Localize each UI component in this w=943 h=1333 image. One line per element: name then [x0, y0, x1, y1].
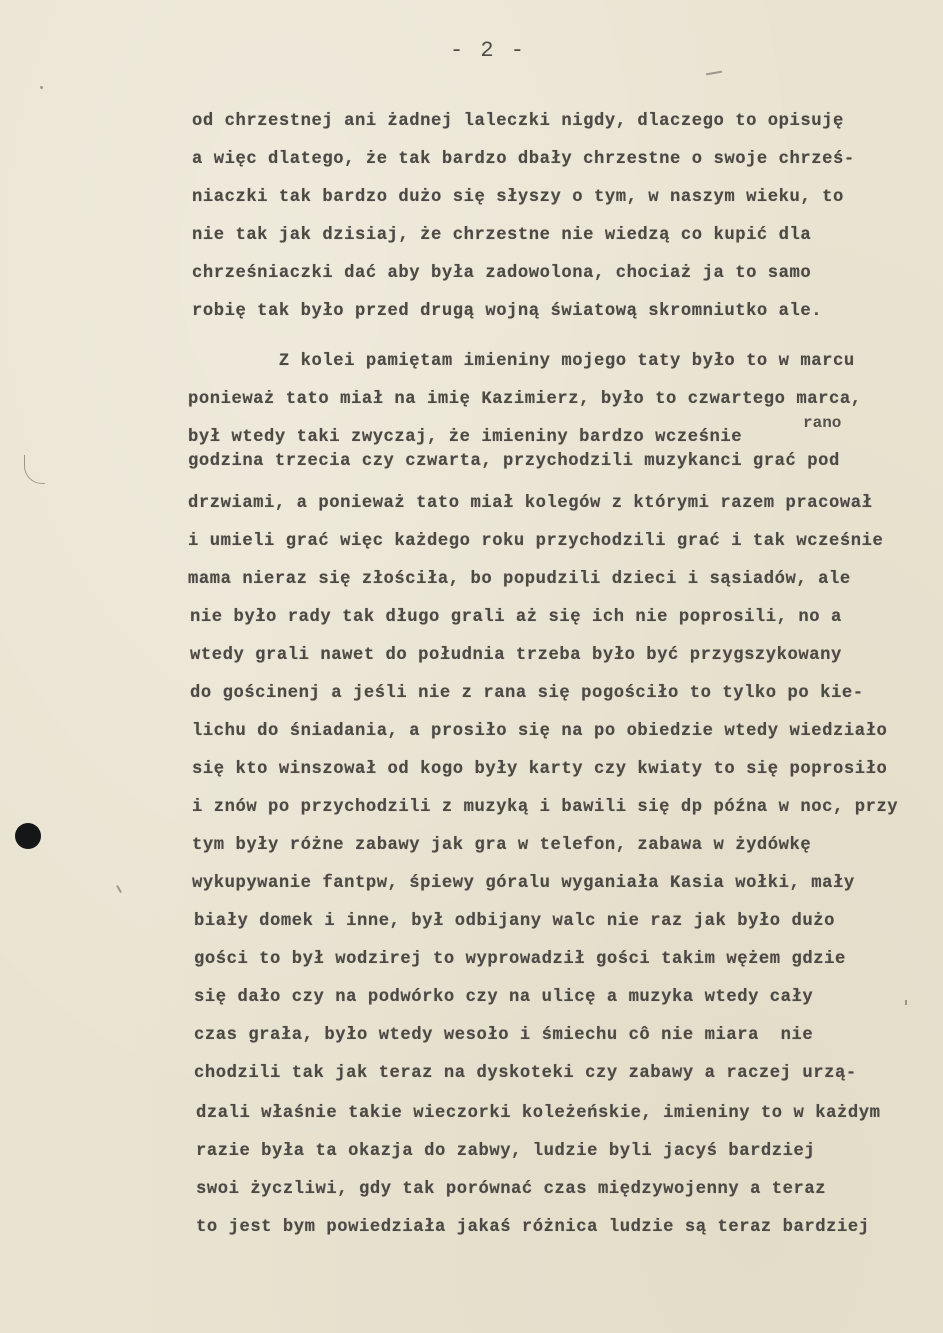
text-line: się kto winszował od kogo były karty czy…: [192, 760, 887, 779]
text-line: nie było rady tak długo grali aż się ich…: [190, 608, 842, 627]
text-line: od chrzestnej ani żadnej laleczki nigdy,…: [192, 112, 844, 131]
text-line: był wtedy taki zwyczaj, że imieniny bard…: [188, 428, 742, 447]
text-line: swoi życzliwi, gdy tak porównać czas mię…: [196, 1180, 826, 1199]
page-number: - 2 -: [450, 38, 526, 63]
text-line: nie tak jak dzisiaj, że chrzestne nie wi…: [192, 226, 811, 245]
text-line: niaczki tak bardzo dużo się słyszy o tym…: [192, 188, 844, 207]
text-line: wykupywanie fantpw, śpiewy góralu wygani…: [192, 874, 855, 893]
text-line: a więc dlatego, że tak bardzo dbały chrz…: [192, 150, 855, 169]
paper-speck: [905, 1000, 907, 1005]
text-line: mama nieraz się złościła, bo popudzili d…: [188, 570, 851, 589]
text-line: lichu do śniadania, a prosiło się na po …: [192, 722, 887, 741]
text-line: robię tak było przed drugą wojną światow…: [192, 302, 822, 321]
text-line: gości to był wodzirej to wyprowadził goś…: [194, 950, 846, 969]
text-line: i umieli grać więc każdego roku przychod…: [188, 532, 883, 551]
paper-speck: [40, 86, 43, 89]
text-line: razie była ta okazja do zabwy, ludzie by…: [196, 1142, 815, 1161]
text-line: chrześniaczki dać aby była zadowolona, c…: [192, 264, 811, 283]
text-line: i znów po przychodzili z muzyką i bawili…: [192, 798, 898, 817]
text-line: to jest bym powiedziała jakaś różnica lu…: [196, 1218, 870, 1237]
text-line: czas grała, było wtedy wesoło i śmiechu …: [194, 1026, 813, 1045]
text-line: się dało czy na podwórko czy na ulicę a …: [194, 988, 813, 1007]
punch-hole: [15, 823, 41, 849]
text-line: chodzili tak jak teraz na dyskoteki czy …: [194, 1064, 857, 1083]
interlinear-insert: rano: [803, 414, 841, 432]
text-line: dzali właśnie takie wieczorki koleżeński…: [196, 1104, 880, 1123]
text-line: biały domek i inne, był odbijany walc ni…: [194, 912, 835, 931]
text-line: tym były różne zabawy jak gra w telefon,…: [192, 836, 811, 855]
text-line: godzina trzecia czy czwarta, przychodzil…: [188, 452, 840, 471]
text-line: ponieważ tato miał na imię Kazimierz, by…: [188, 390, 862, 409]
text-line: wtedy grali nawet do południa trzeba był…: [190, 646, 842, 665]
text-line: Z kolei pamiętam imieniny mojego taty by…: [192, 352, 855, 371]
text-line: do gościnenj a jeśli nie z rana się pogo…: [190, 684, 864, 703]
text-line: drzwiami, a ponieważ tato miał kolegów z…: [188, 494, 872, 513]
